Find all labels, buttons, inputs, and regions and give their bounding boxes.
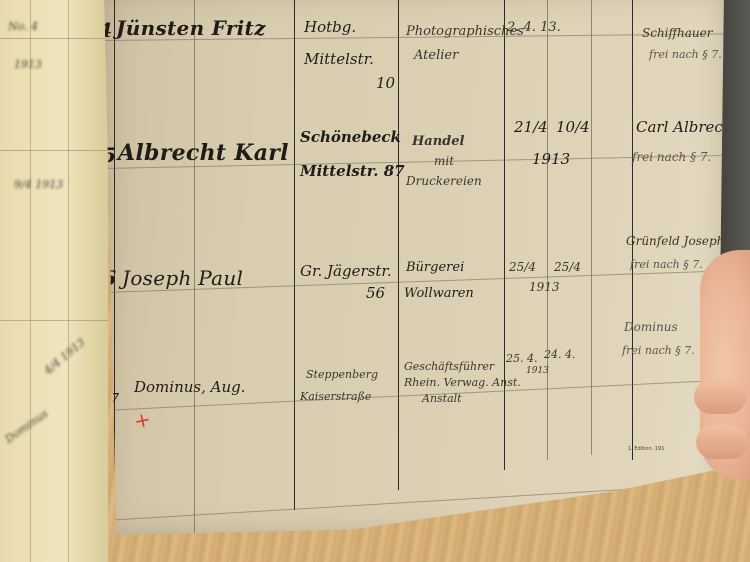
left-page-rule: [30, 0, 31, 562]
entry-address: Hotbg.: [304, 18, 356, 36]
entry-notes: Schiffhauer: [642, 26, 712, 40]
column-rule-address: [294, 0, 295, 510]
entry-year: 1913: [526, 366, 549, 376]
entry-notes: frei nach § 7.: [632, 150, 711, 164]
entry-year: 1913: [529, 280, 560, 294]
entry-notes: Grünfeld Joseph: [626, 234, 724, 248]
entry-address: Mittelstr.: [304, 50, 374, 68]
entry-name: Jünsten Fritz: [116, 16, 266, 40]
finger: [696, 425, 748, 459]
entry-address-number: 56: [366, 284, 385, 302]
entry-date: 24. 4.: [544, 348, 576, 361]
entry-business: Rhein. Verwag. Anst.: [404, 376, 521, 389]
entry-date: 25/4: [554, 260, 581, 274]
left-page-text: 4/4 1913: [42, 336, 88, 378]
left-page-text: No. 4: [8, 20, 38, 33]
entry-date: 25/4: [509, 260, 536, 274]
entry-notes: frei nach § 7.: [630, 258, 703, 271]
photo-scene: No. 4 1913 9/4 1913 4/4 1913 Dominus 14 …: [0, 0, 750, 562]
column-rule-date2: [547, 0, 548, 460]
entry-address: Steppenberg: [306, 368, 378, 381]
entry-address-number: 10: [376, 74, 395, 92]
left-ledger-page: No. 4 1913 9/4 1913 4/4 1913 Dominus: [0, 0, 108, 562]
entry-date: 10/4: [556, 118, 590, 136]
entry-business: Druckereien: [406, 174, 482, 188]
entry-year: 1913: [532, 150, 570, 168]
entry-business: Geschäftsführer: [404, 360, 494, 373]
entry-name: Albrecht Karl: [118, 140, 289, 166]
entry-name: Dominus, Aug.: [134, 378, 246, 396]
column-rule-date1: [504, 0, 505, 470]
left-page-line: [0, 320, 108, 321]
left-page-text: 9/4 1913: [14, 178, 63, 191]
left-page-rule: [68, 0, 69, 562]
entry-date: 2. 4. 13.: [507, 20, 561, 35]
entry-business: Handel: [412, 134, 464, 149]
entry-address: Gr. Jägerstr.: [300, 262, 392, 280]
entry-business: Wollwaren: [404, 286, 474, 301]
left-page-line: [0, 38, 108, 39]
entry-address: Mittelstr. 87: [300, 162, 405, 180]
entry-notes: frei nach § 7.: [622, 344, 695, 357]
hand: [700, 250, 750, 480]
entry-notes: Dominus: [624, 320, 678, 334]
left-page-text: Dominus: [3, 407, 51, 446]
red-cross-mark: +: [132, 407, 153, 434]
entry-date: 21/4: [514, 118, 548, 136]
entry-address: Schönebeck: [300, 128, 401, 146]
entry-business: Atelier: [414, 48, 458, 63]
entry-business: mit: [434, 154, 454, 168]
left-page-text: 1913: [14, 58, 42, 71]
entry-business: Bürgerei: [406, 260, 464, 275]
ledger-page: 14 Jünsten Fritz Hotbg. Mittelstr. 10 Ph…: [104, 0, 724, 535]
entry-notes: frei nach § 7.: [649, 48, 722, 61]
left-page-line: [0, 150, 108, 151]
column-rule-notes: [632, 0, 633, 460]
column-rule-business: [398, 0, 399, 490]
printer-imprint: 1. Edition. 191: [628, 446, 664, 452]
entry-date: 25. 4.: [506, 352, 538, 365]
entry-name: Joseph Paul: [122, 266, 243, 290]
finger: [694, 380, 746, 414]
entry-business: Anstalt: [422, 392, 462, 405]
entry-address: Kaiserstraße: [300, 390, 371, 403]
